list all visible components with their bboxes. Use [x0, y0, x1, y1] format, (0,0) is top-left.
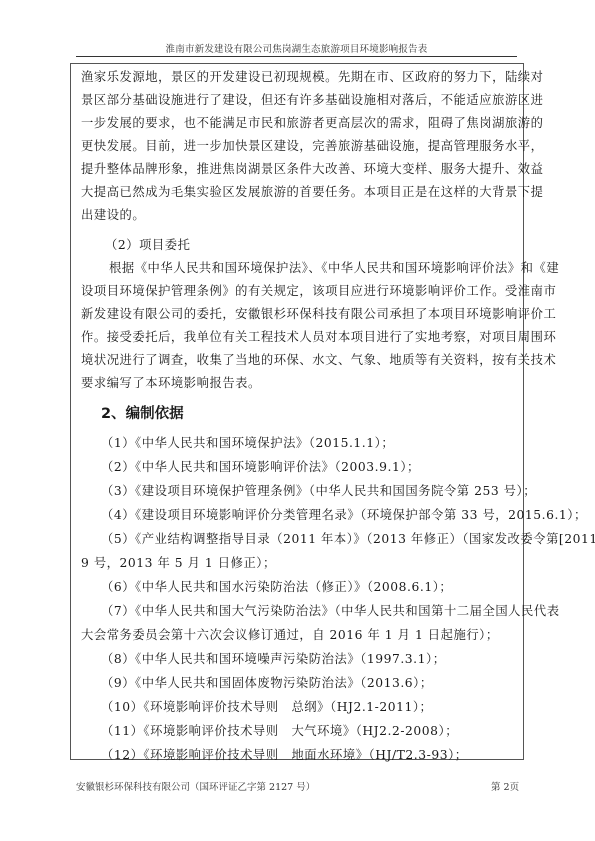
intro-line: 出建设的。	[81, 204, 517, 226]
commission-line: 设项目环境保护管理条例》的有关规定，该项目应进行环境影响评价工作。受淮南市	[81, 280, 517, 302]
commission-line: 根据《中华人民共和国环境保护法》、《中华人民共和国环境影响评价法》和《建	[109, 257, 517, 279]
basis-item-continued: 大会常务委员会第十六次会议修订通过，自 2016 年 1 月 1 日起施行）；	[81, 624, 517, 646]
intro-line: 大提高已然成为毛集实验区发展旅游的首要任务。本项目正是在这样的大背景下提	[81, 181, 517, 203]
basis-item: （8）《中华人民共和国环境噪声污染防治法》（1997.3.1）；	[101, 648, 509, 670]
basis-item: （9）《中华人民共和国固体废物污染防治法》（2013.6）；	[101, 672, 509, 694]
basis-item: （12）《环境影响评价技术导则 地面水环境》（HJ/T2.3-93）；	[101, 744, 509, 766]
basis-item: （11）《环境影响评价技术导则 大气环境》（HJ2.2-2008）；	[101, 720, 509, 742]
intro-line: 提升整体品牌形象，推进焦岗湖景区条件大改善、环境大变样、服务大提升、效益	[81, 158, 517, 180]
section-heading: 2、编制依据	[101, 402, 184, 426]
basis-item: （5）《产业结构调整指导目录（2011 年本）》（2013 年修正）（国家发改委…	[101, 528, 509, 550]
commission-line: 新发建设有限公司的委托，安徽银杉环保科技有限公司承担了本项目环境影响评价工	[81, 303, 517, 325]
content-box: 渔家乐发源地，景区的开发建设已初现规模。先期在市、区政府的努力下，陆续对 景区部…	[70, 63, 524, 760]
basis-item: （2）《中华人民共和国环境影响评价法》（2003.9.1）；	[101, 456, 509, 478]
basis-item: （7）《中华人民共和国大气污染防治法》（中华人民共和国第十二届全国人民代表	[101, 600, 509, 622]
basis-item: （10）《环境影响评价技术导则 总纲》（HJ2.1-2011）；	[101, 696, 509, 718]
header-rule	[76, 56, 517, 57]
intro-line: 渔家乐发源地，景区的开发建设已初现规模。先期在市、区政府的努力下，陆续对	[81, 66, 517, 88]
running-header-title: 淮南市新发建设有限公司焦岗湖生态旅游项目环境影响报告表	[76, 41, 517, 55]
commission-line: 作。接受委托后，我单位有关工程技术人员对本项目进行了实地考察，对项目周围环	[81, 326, 517, 348]
basis-item: （3）《建设项目环境保护管理条例》（中华人民共和国国务院令第 253 号）；	[101, 480, 509, 502]
basis-item: （4）《建设项目环境影响评价分类管理名录》（环境保护部令第 33 号，2015.…	[101, 504, 509, 526]
intro-line: 更快发展。目前，进一步加快景区建设，完善旅游基础设施，提高管理服务水平，	[81, 135, 517, 157]
basis-item: （1）《中华人民共和国环境保护法》（2015.1.1）；	[101, 432, 509, 454]
footer-page-number: 第 2页	[491, 779, 519, 793]
commission-line: 境状况进行了调查，收集了当地的环保、水文、气象、地质等有关资料，按有关技术	[81, 349, 517, 371]
commission-line: 要求编写了本环境影响报告表。	[81, 372, 517, 394]
intro-line: 景区部分基础设施进行了建设，但还有许多基础设施相对落后，不能适应旅游区进	[81, 89, 517, 111]
subsection-title: （2）项目委托	[105, 234, 513, 256]
intro-line: 一步发展的要求，也不能满足市民和旅游者更高层次的需求，阻碍了焦岗湖旅游的	[81, 112, 517, 134]
basis-item: （6）《中华人民共和国水污染防治法（修正）》（2008.6.1）；	[101, 576, 509, 598]
footer-company: 安徽银杉环保科技有限公司（国环评证乙字第 2127 号）	[76, 779, 315, 793]
basis-item-continued: 9 号，2013 年 5 月 1 日修正）；	[81, 552, 517, 574]
